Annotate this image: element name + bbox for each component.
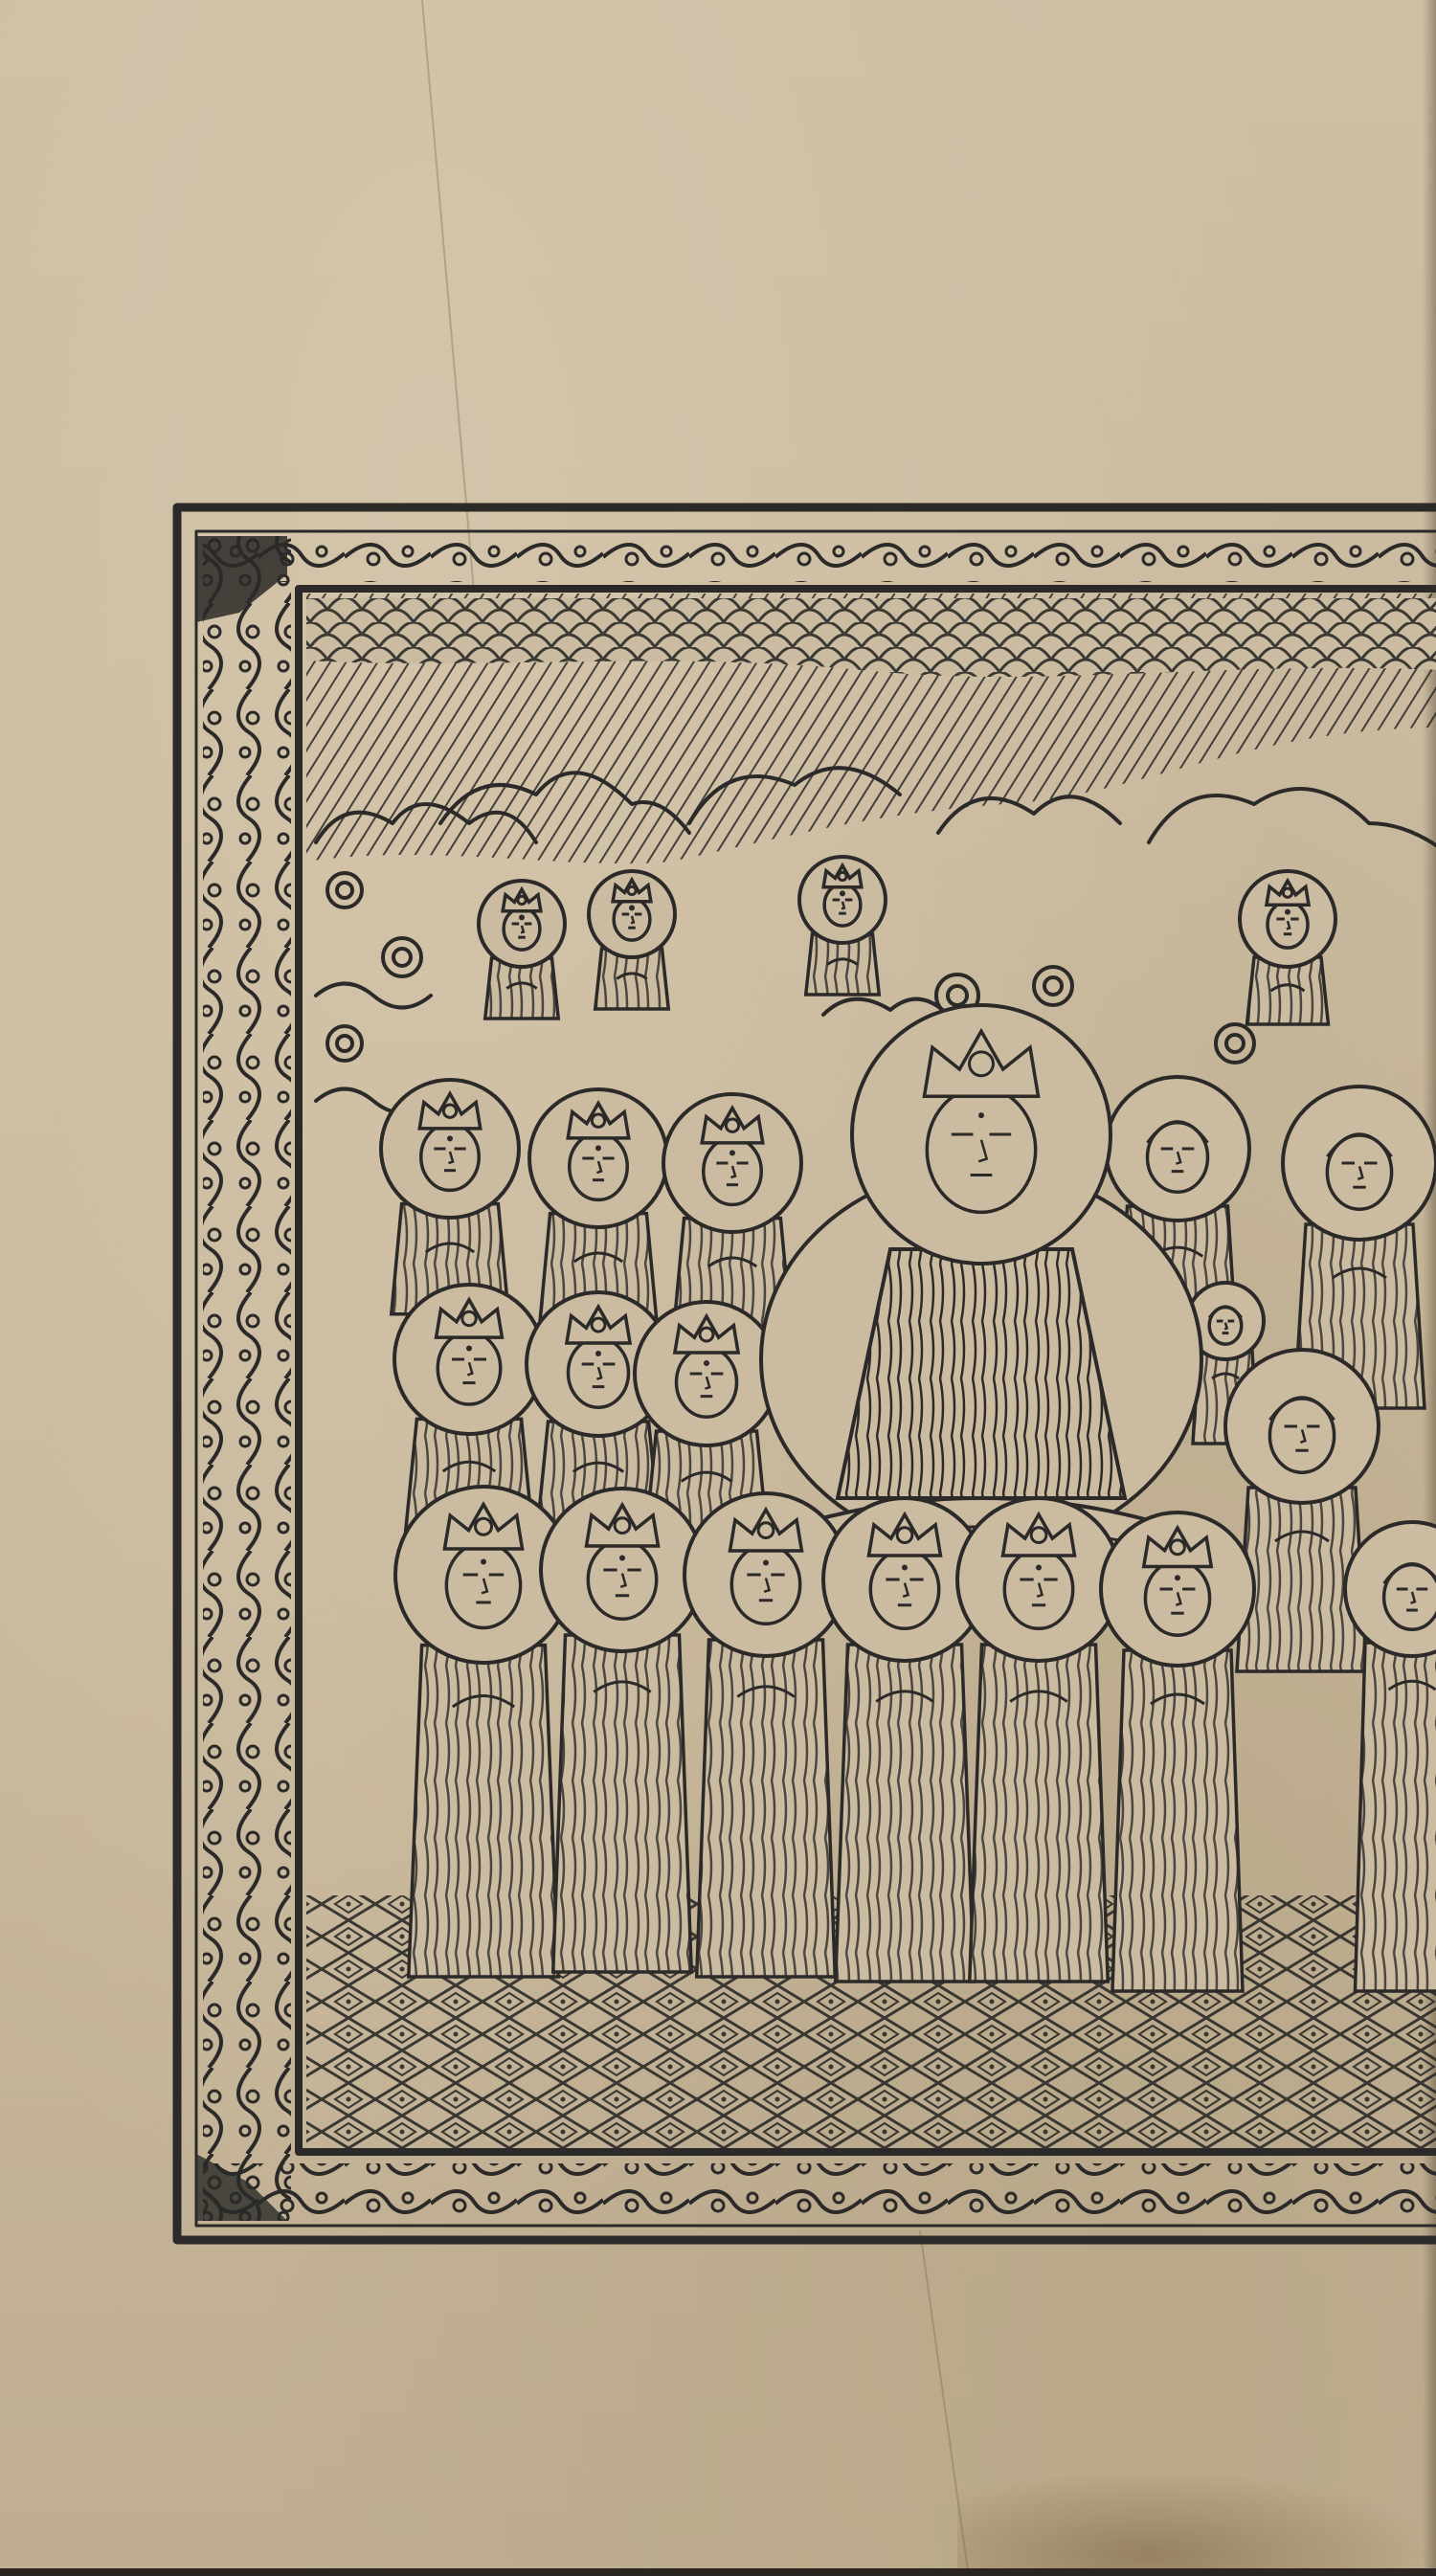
scanned-page (0, 0, 1436, 2576)
woodblock-illustration (0, 0, 1436, 2576)
bodhisattva-figure (852, 1005, 1111, 1264)
bodhisattva-figure (799, 857, 886, 995)
bodhisattva-figure (479, 881, 565, 1019)
scene (306, 594, 1436, 2149)
bodhisattva-figure (1240, 871, 1335, 1024)
monk-figure (1345, 1522, 1436, 1991)
bodhisattva-figure (1101, 1512, 1254, 1991)
bodhisattva-figure (381, 1080, 519, 1314)
sky-band (306, 594, 1436, 863)
bodhisattva-figure (529, 1089, 667, 1324)
bodhisattva-figure (541, 1489, 704, 1972)
bodhisattva-figure (957, 1498, 1120, 1982)
bodhisattva-figure (589, 871, 675, 1009)
